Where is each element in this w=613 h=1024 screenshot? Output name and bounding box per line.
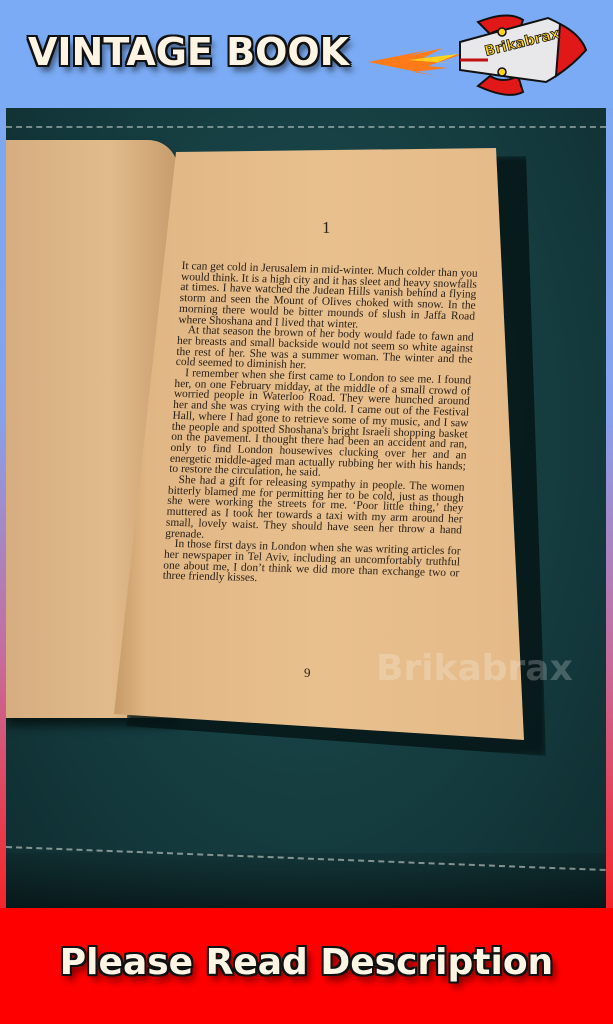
paragraph: She had a gift for releasing sympathy in… [165,475,465,547]
book-photo: 1 It can get cold in Jerusalem in mid-wi… [6,108,606,908]
stitching-top [6,126,606,128]
page-number: 9 [304,665,311,681]
chapter-number: 1 [322,218,331,238]
paragraph: I remember when she first came to London… [169,368,471,483]
paragraph: In those first days in London when she w… [162,539,461,590]
rocket-icon: Brikabrax [368,12,590,98]
paragraph: It can get cold in Jerusalem in mid-wint… [178,261,478,333]
footer-notice: Please Read Description [0,942,613,983]
footer-banner: Please Read Description [0,908,613,1024]
watermark: Brikabrax [376,648,573,689]
banner-title: VINTAGE BOOK [28,30,349,74]
header-banner: VINTAGE BOOK Brikabrax [0,0,613,108]
page-text: It can get cold in Jerusalem in mid-wint… [162,261,478,589]
